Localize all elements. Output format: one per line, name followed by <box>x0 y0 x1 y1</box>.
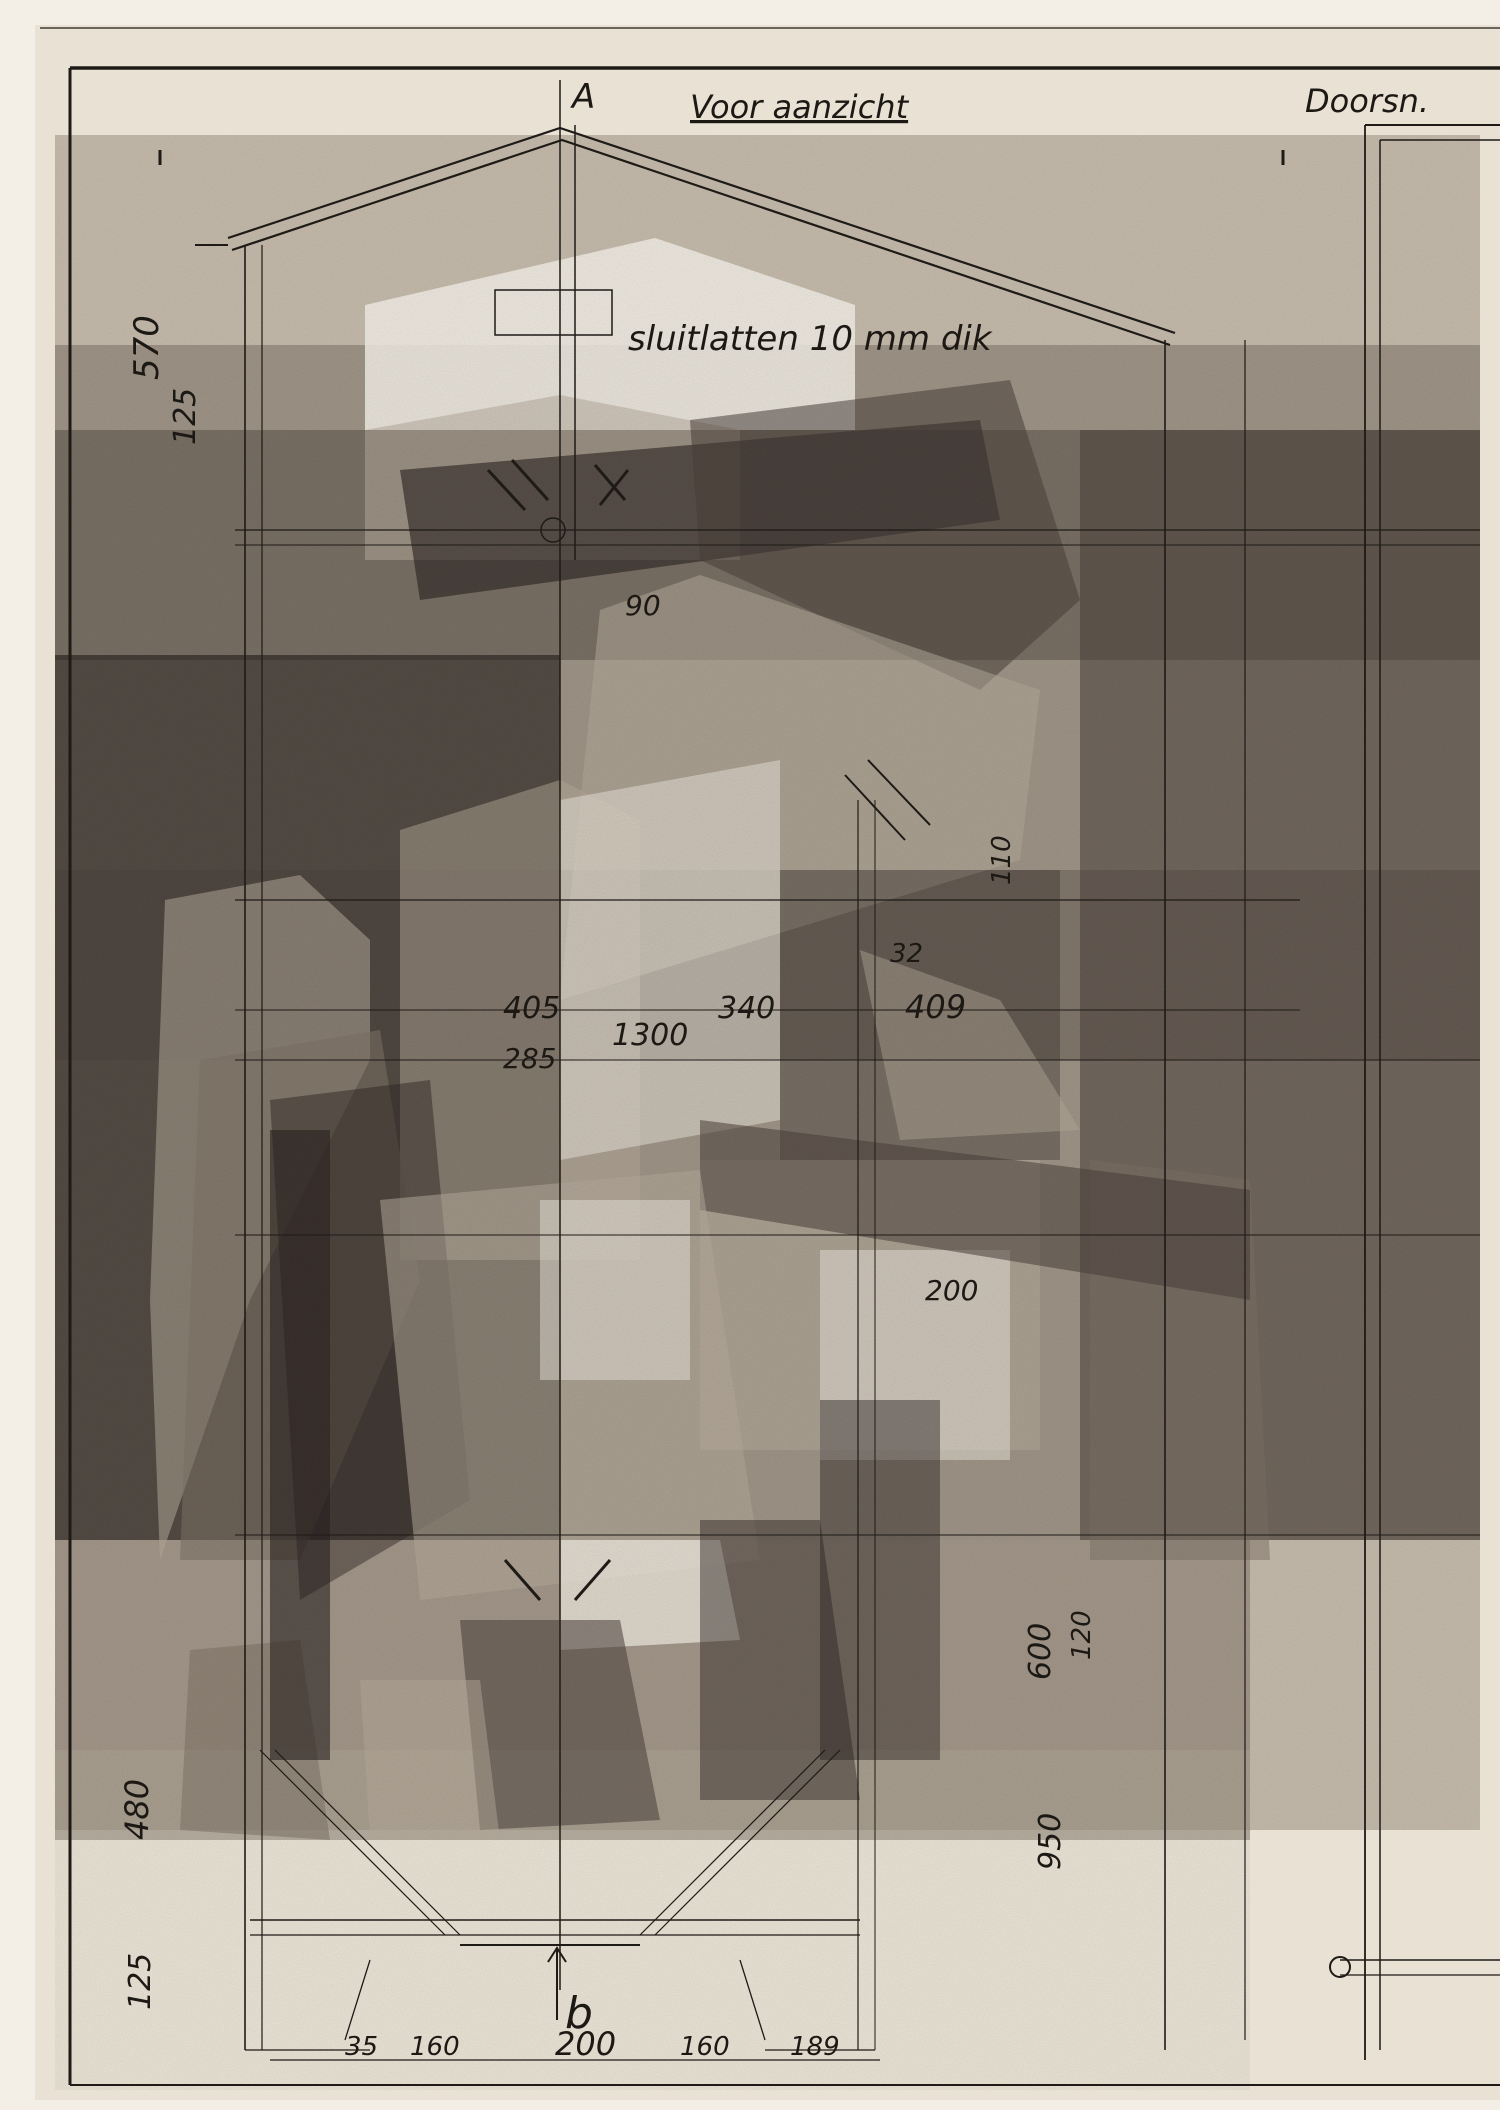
dim-left-top: 570 <box>127 315 167 380</box>
dim-small-right: 32 <box>890 939 923 969</box>
collage-artwork: A Voor aanzicht Doorsn. sluitlatten 10 m… <box>0 0 1500 2110</box>
dim-lower-right-c: 950 <box>1033 1813 1068 1870</box>
title-front-view: Voor aanzicht <box>690 88 910 126</box>
dim-mid-center-right: 340 <box>718 991 775 1026</box>
section-marker-top: A <box>570 77 595 117</box>
dim-lower-right-b: 120 <box>1067 1610 1097 1660</box>
bottom-dimension-value: 160 <box>410 2032 460 2062</box>
dim-mid-left: 405 <box>503 991 560 1026</box>
dim-left-bottom: 480 <box>118 1779 156 1840</box>
bottom-dimension-value: 35 <box>345 2032 378 2062</box>
tone-layers <box>55 135 1480 2090</box>
dim-mid-left-sub: 285 <box>503 1042 556 1075</box>
dim-mid-center: 1300 <box>612 1018 688 1053</box>
dim-lower-center: 200 <box>925 1274 978 1307</box>
dim-vertical-right: 110 <box>987 835 1017 885</box>
dim-left-sub: 125 <box>168 388 203 445</box>
dim-left-base: 125 <box>123 1953 158 2010</box>
bottom-dimension-value: 189 <box>790 2032 840 2062</box>
dim-lower-right-a: 600 <box>1023 1623 1058 1680</box>
bottom-dimension-value: 200 <box>555 2025 616 2063</box>
dim-mid-right: 409 <box>905 988 966 1026</box>
title-section: Doorsn. <box>1305 82 1429 120</box>
note-sluitlatten: sluitlatten 10 mm dik <box>628 319 993 359</box>
bottom-dimension-value: 160 <box>680 2032 730 2062</box>
dim-angle: 90 <box>625 589 661 622</box>
